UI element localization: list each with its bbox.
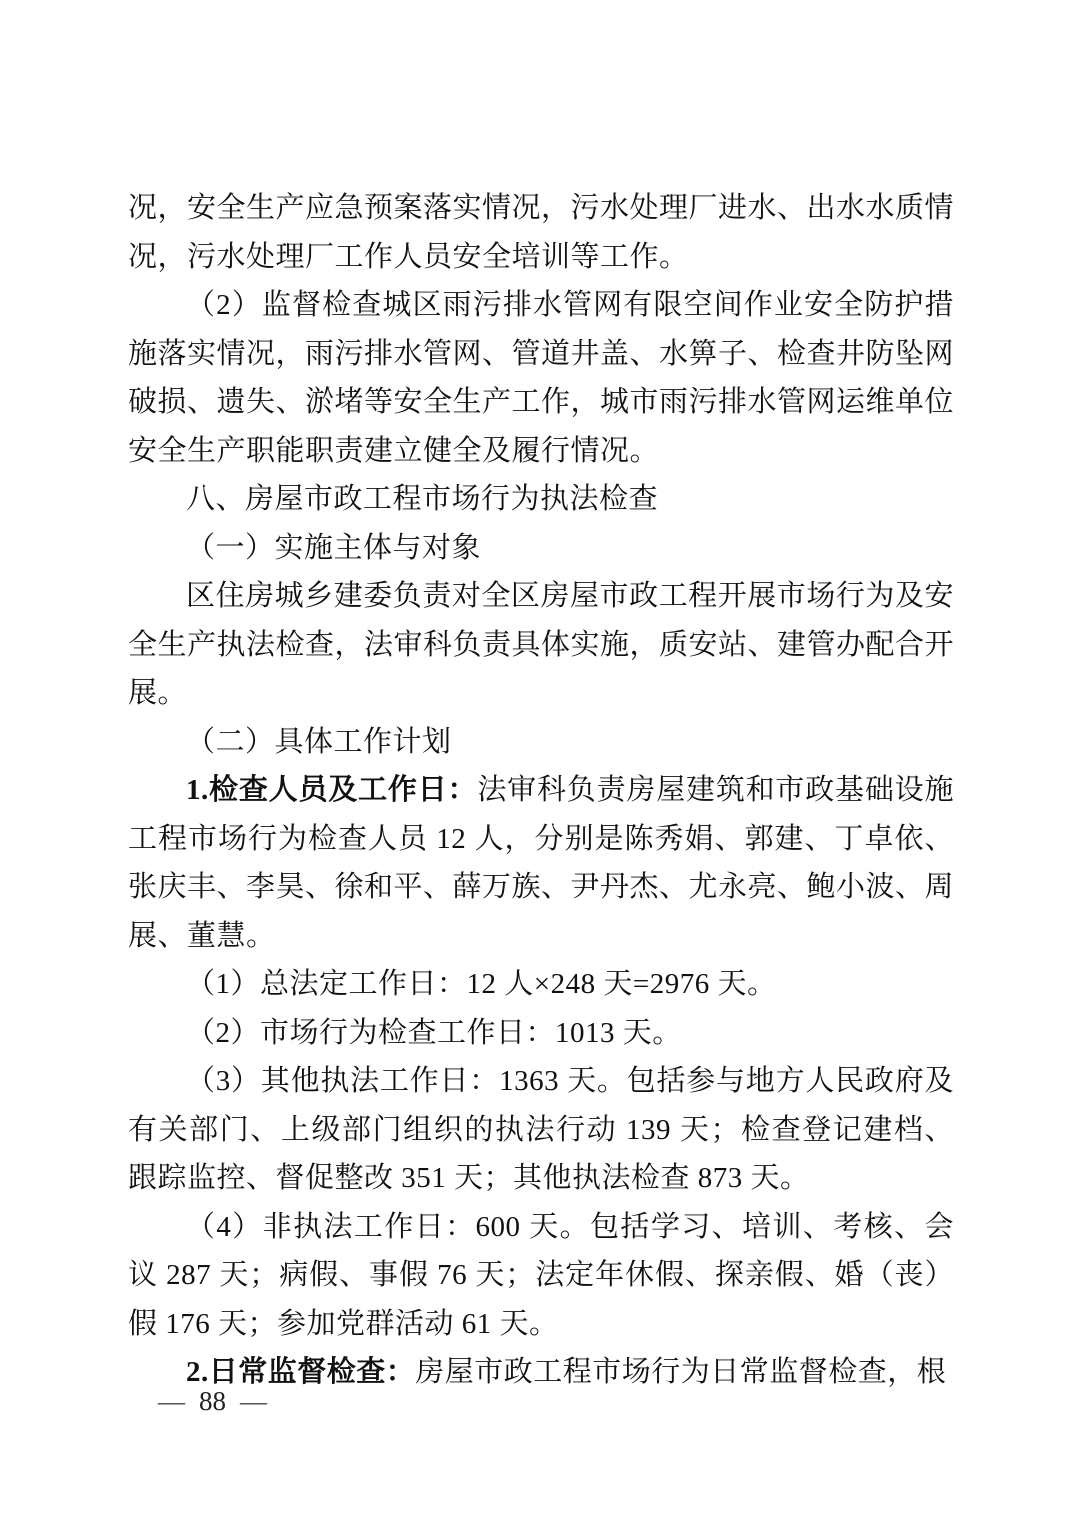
page-number: 88	[199, 1386, 226, 1417]
footer-dash-right: —	[240, 1386, 267, 1417]
paragraph-daily-supervision-text: 房屋市政工程市场行为日常监督检查，根	[415, 1356, 946, 1388]
paragraph-inspectors: 1.检查人员及工作日：法审科负责房屋建筑和市政基础设施工程市场行为检查人员 12…	[128, 766, 954, 960]
paragraph-daily-supervision-lead: 2.日常监督检查：	[186, 1356, 415, 1388]
document-page: 况，安全生产应急预案落实情况，污水处理厂进水、出水水质情况，污水处理厂工作人员安…	[0, 0, 1074, 1520]
subsection-heading-2: （二）具体工作计划	[128, 718, 954, 767]
paragraph-subitem-3-other-enforcement-days: （3）其他执法工作日：1363 天。包括参与地方人民政府及有关部门、上级部门组织…	[128, 1057, 954, 1203]
page-footer: — 88 —	[158, 1386, 267, 1417]
paragraph-continuation: 况，安全生产应急预案落实情况，污水处理厂进水、出水水质情况，污水处理厂工作人员安…	[128, 184, 954, 281]
paragraph-subitem-2-market-inspection-days: （2）市场行为检查工作日：1013 天。	[128, 1009, 954, 1058]
footer-dash-left: —	[158, 1386, 185, 1417]
paragraph-implementation-body: 区住房城乡建委负责对全区房屋市政工程开展市场行为及安全生产执法检查，法审科负责具…	[128, 572, 954, 718]
document-body: 况，安全生产应急预案落实情况，污水处理厂进水、出水水质情况，污水处理厂工作人员安…	[128, 184, 954, 1397]
paragraph-supervision-item-2: （2）监督检查城区雨污排水管网有限空间作业安全防护措施落实情况，雨污排水管网、管…	[128, 281, 954, 475]
paragraph-subitem-4-non-enforcement-days: （4）非执法工作日：600 天。包括学习、培训、考核、会议 287 天；病假、事…	[128, 1203, 954, 1349]
paragraph-inspectors-lead: 1.检查人员及工作日：	[186, 774, 477, 806]
section-heading-8: 八、房屋市政工程市场行为执法检查	[128, 475, 954, 524]
subsection-heading-1: （一）实施主体与对象	[128, 524, 954, 573]
paragraph-subitem-1-total-workdays: （1）总法定工作日：12 人×248 天=2976 天。	[128, 960, 954, 1009]
